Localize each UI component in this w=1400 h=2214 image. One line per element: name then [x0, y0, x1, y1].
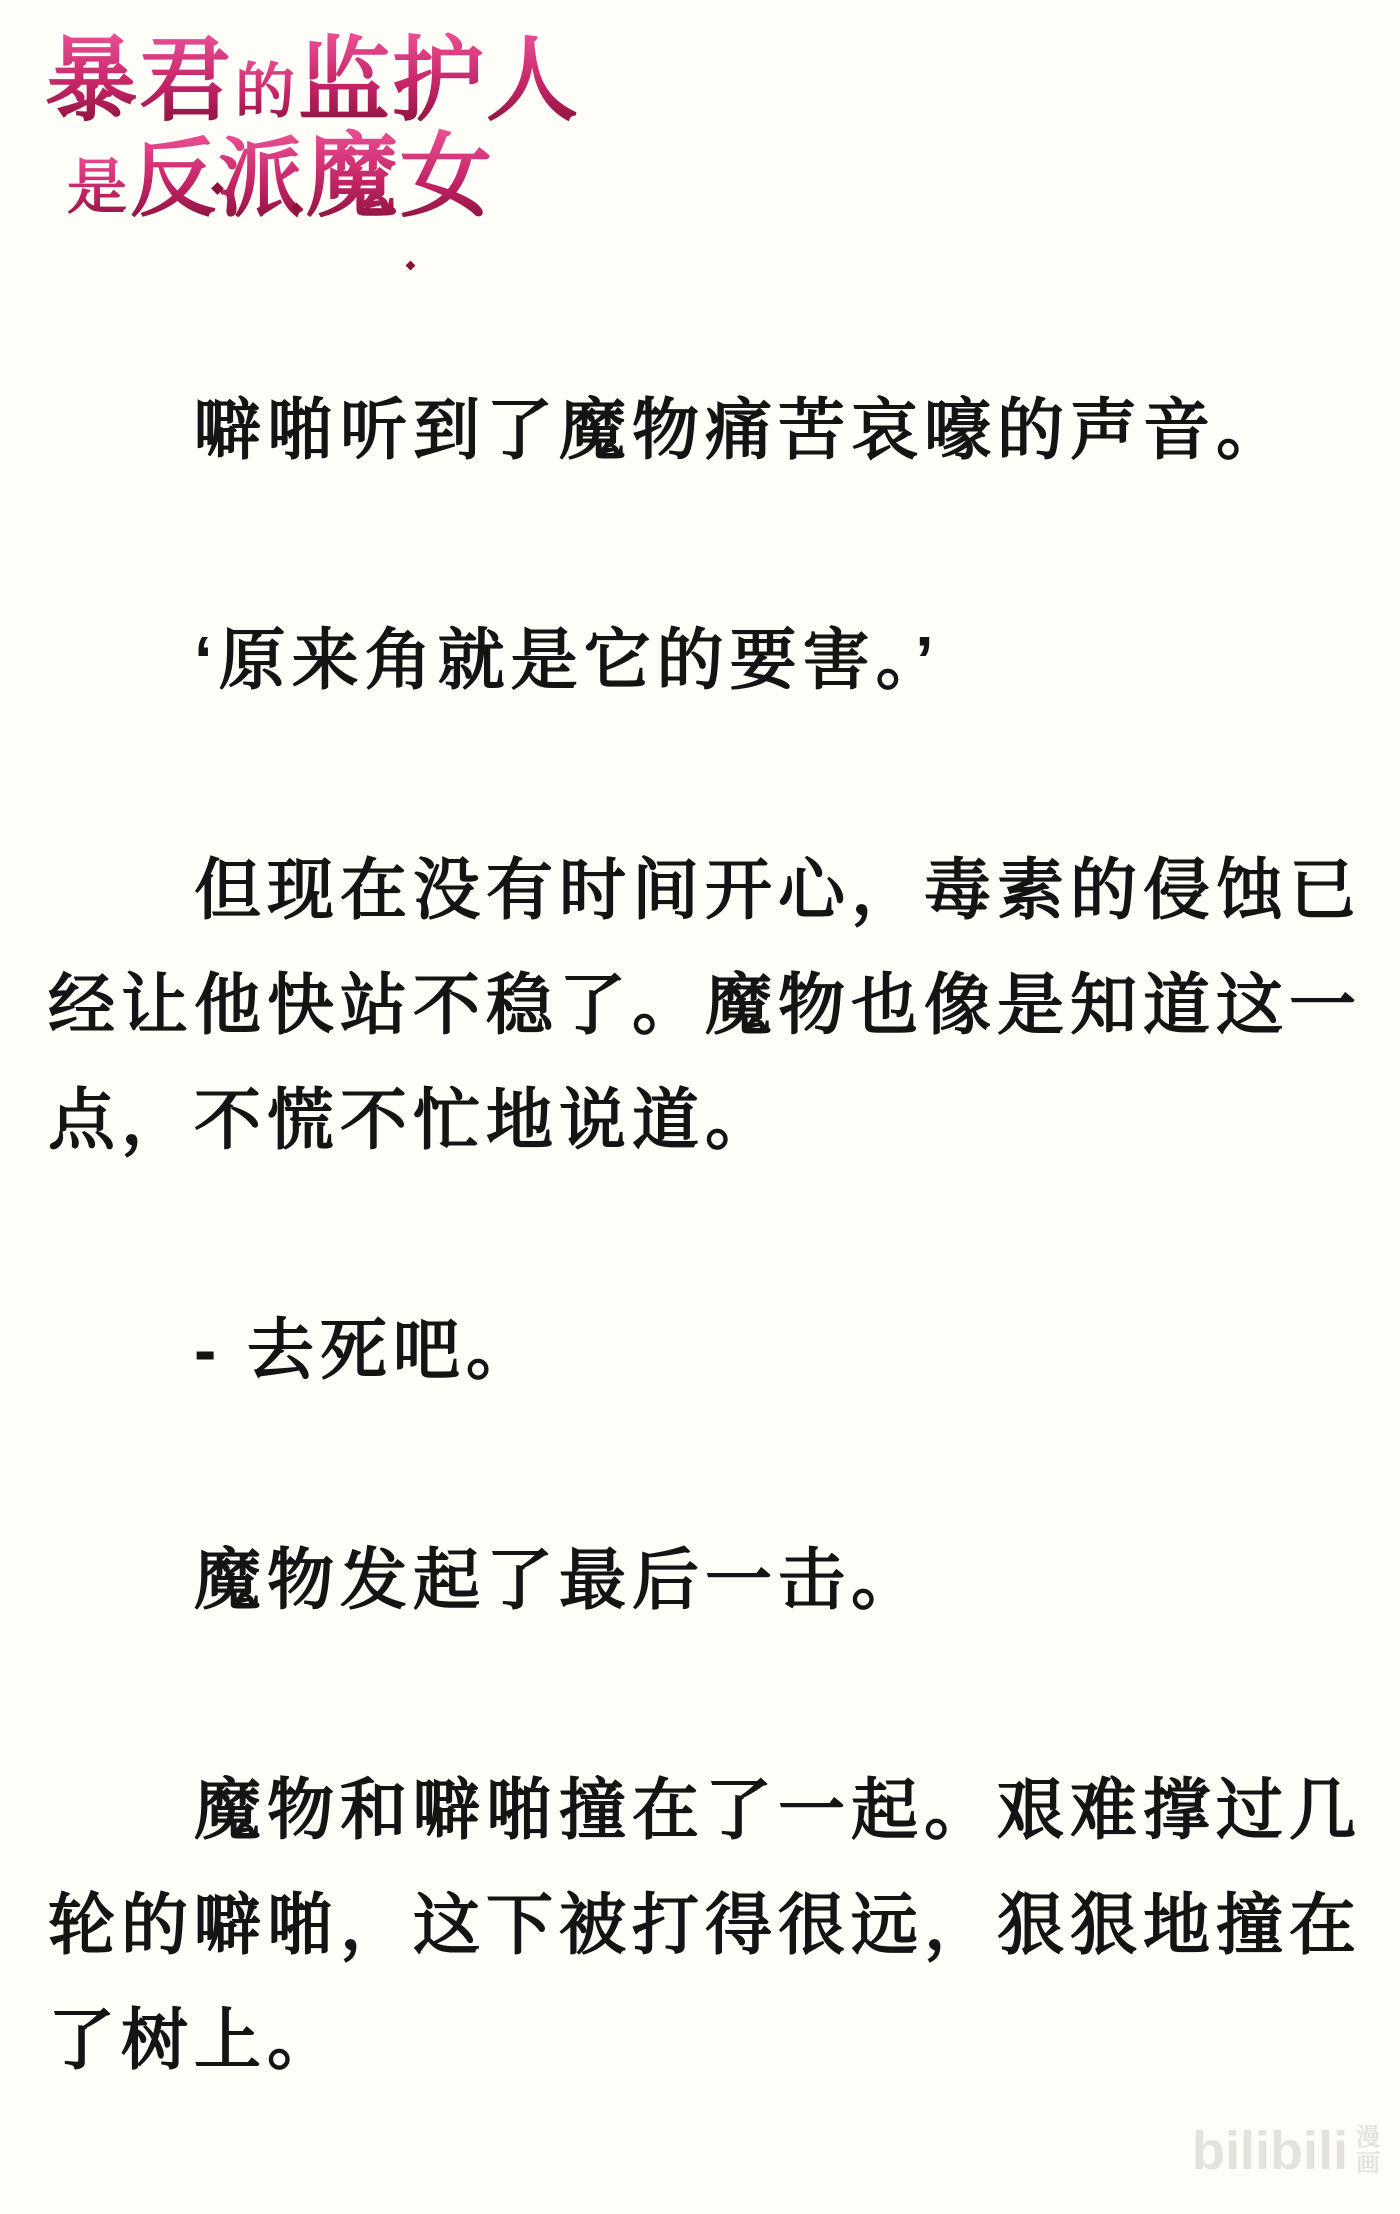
- text-line: - 去死吧。: [48, 1293, 1362, 1408]
- series-logo-text: 的: [233, 52, 298, 132]
- series-logo-text: 是: [65, 148, 130, 228]
- paragraph: 魔物发起了最后一击。: [48, 1523, 1362, 1638]
- text-line: 经让他快站不稳了。魔物也像是知道这一: [48, 948, 1362, 1063]
- manhua-label-char: 漫: [1356, 2125, 1380, 2151]
- series-logo: 暴君 的 监护人 是 反派 魔女: [45, 26, 580, 232]
- text-line: 但现在没有时间开心，毒素的侵蚀已: [48, 833, 1362, 948]
- series-logo-line2: 是 反派 魔女: [45, 122, 580, 232]
- text-line: 噼啪听到了魔物痛苦哀嚎的声音。: [48, 373, 1362, 488]
- paragraph: 噼啪听到了魔物痛苦哀嚎的声音。: [48, 373, 1362, 488]
- bilibili-logo: bilibili: [1192, 2120, 1348, 2182]
- text-line: 了树上。: [48, 1983, 1362, 2098]
- text-line: ‘原来角就是它的要害。’: [48, 603, 1362, 718]
- series-logo-text: 反派: [130, 127, 306, 231]
- series-logo-text: 暴君: [45, 26, 233, 136]
- paragraph: 魔物和噼啪撞在了一起。艰难撑过几 轮的噼啪，这下被打得很远，狠狠地撞在 了树上。: [48, 1753, 1362, 2098]
- text-line: 魔物和噼啪撞在了一起。艰难撑过几: [48, 1753, 1362, 1868]
- paragraph: 但现在没有时间开心，毒素的侵蚀已 经让他快站不稳了。魔物也像是知道这一 点，不慌…: [48, 833, 1362, 1178]
- text-line: 点，不慌不忙地说道。: [48, 1063, 1362, 1178]
- series-logo-line1: 暴君 的 监护人: [45, 26, 580, 136]
- manhua-label-char: 画: [1356, 2151, 1380, 2177]
- paragraph: ‘原来角就是它的要害。’: [48, 603, 1362, 718]
- bilibili-watermark: bilibili 漫 画: [1192, 2120, 1380, 2182]
- series-logo-text: 监护人: [298, 26, 580, 136]
- sparkle-ornament-icon: [406, 261, 416, 271]
- series-logo-text: 魔女: [306, 122, 494, 232]
- manhua-label: 漫 画: [1356, 2125, 1380, 2177]
- paragraph: - 去死吧。: [48, 1293, 1362, 1408]
- novel-text-block: 噼啪听到了魔物痛苦哀嚎的声音。 ‘原来角就是它的要害。’ 但现在没有时间开心，毒…: [48, 373, 1362, 2213]
- text-line: 轮的噼啪，这下被打得很远，狠狠地撞在: [48, 1868, 1362, 1983]
- text-line: 魔物发起了最后一击。: [48, 1523, 1362, 1638]
